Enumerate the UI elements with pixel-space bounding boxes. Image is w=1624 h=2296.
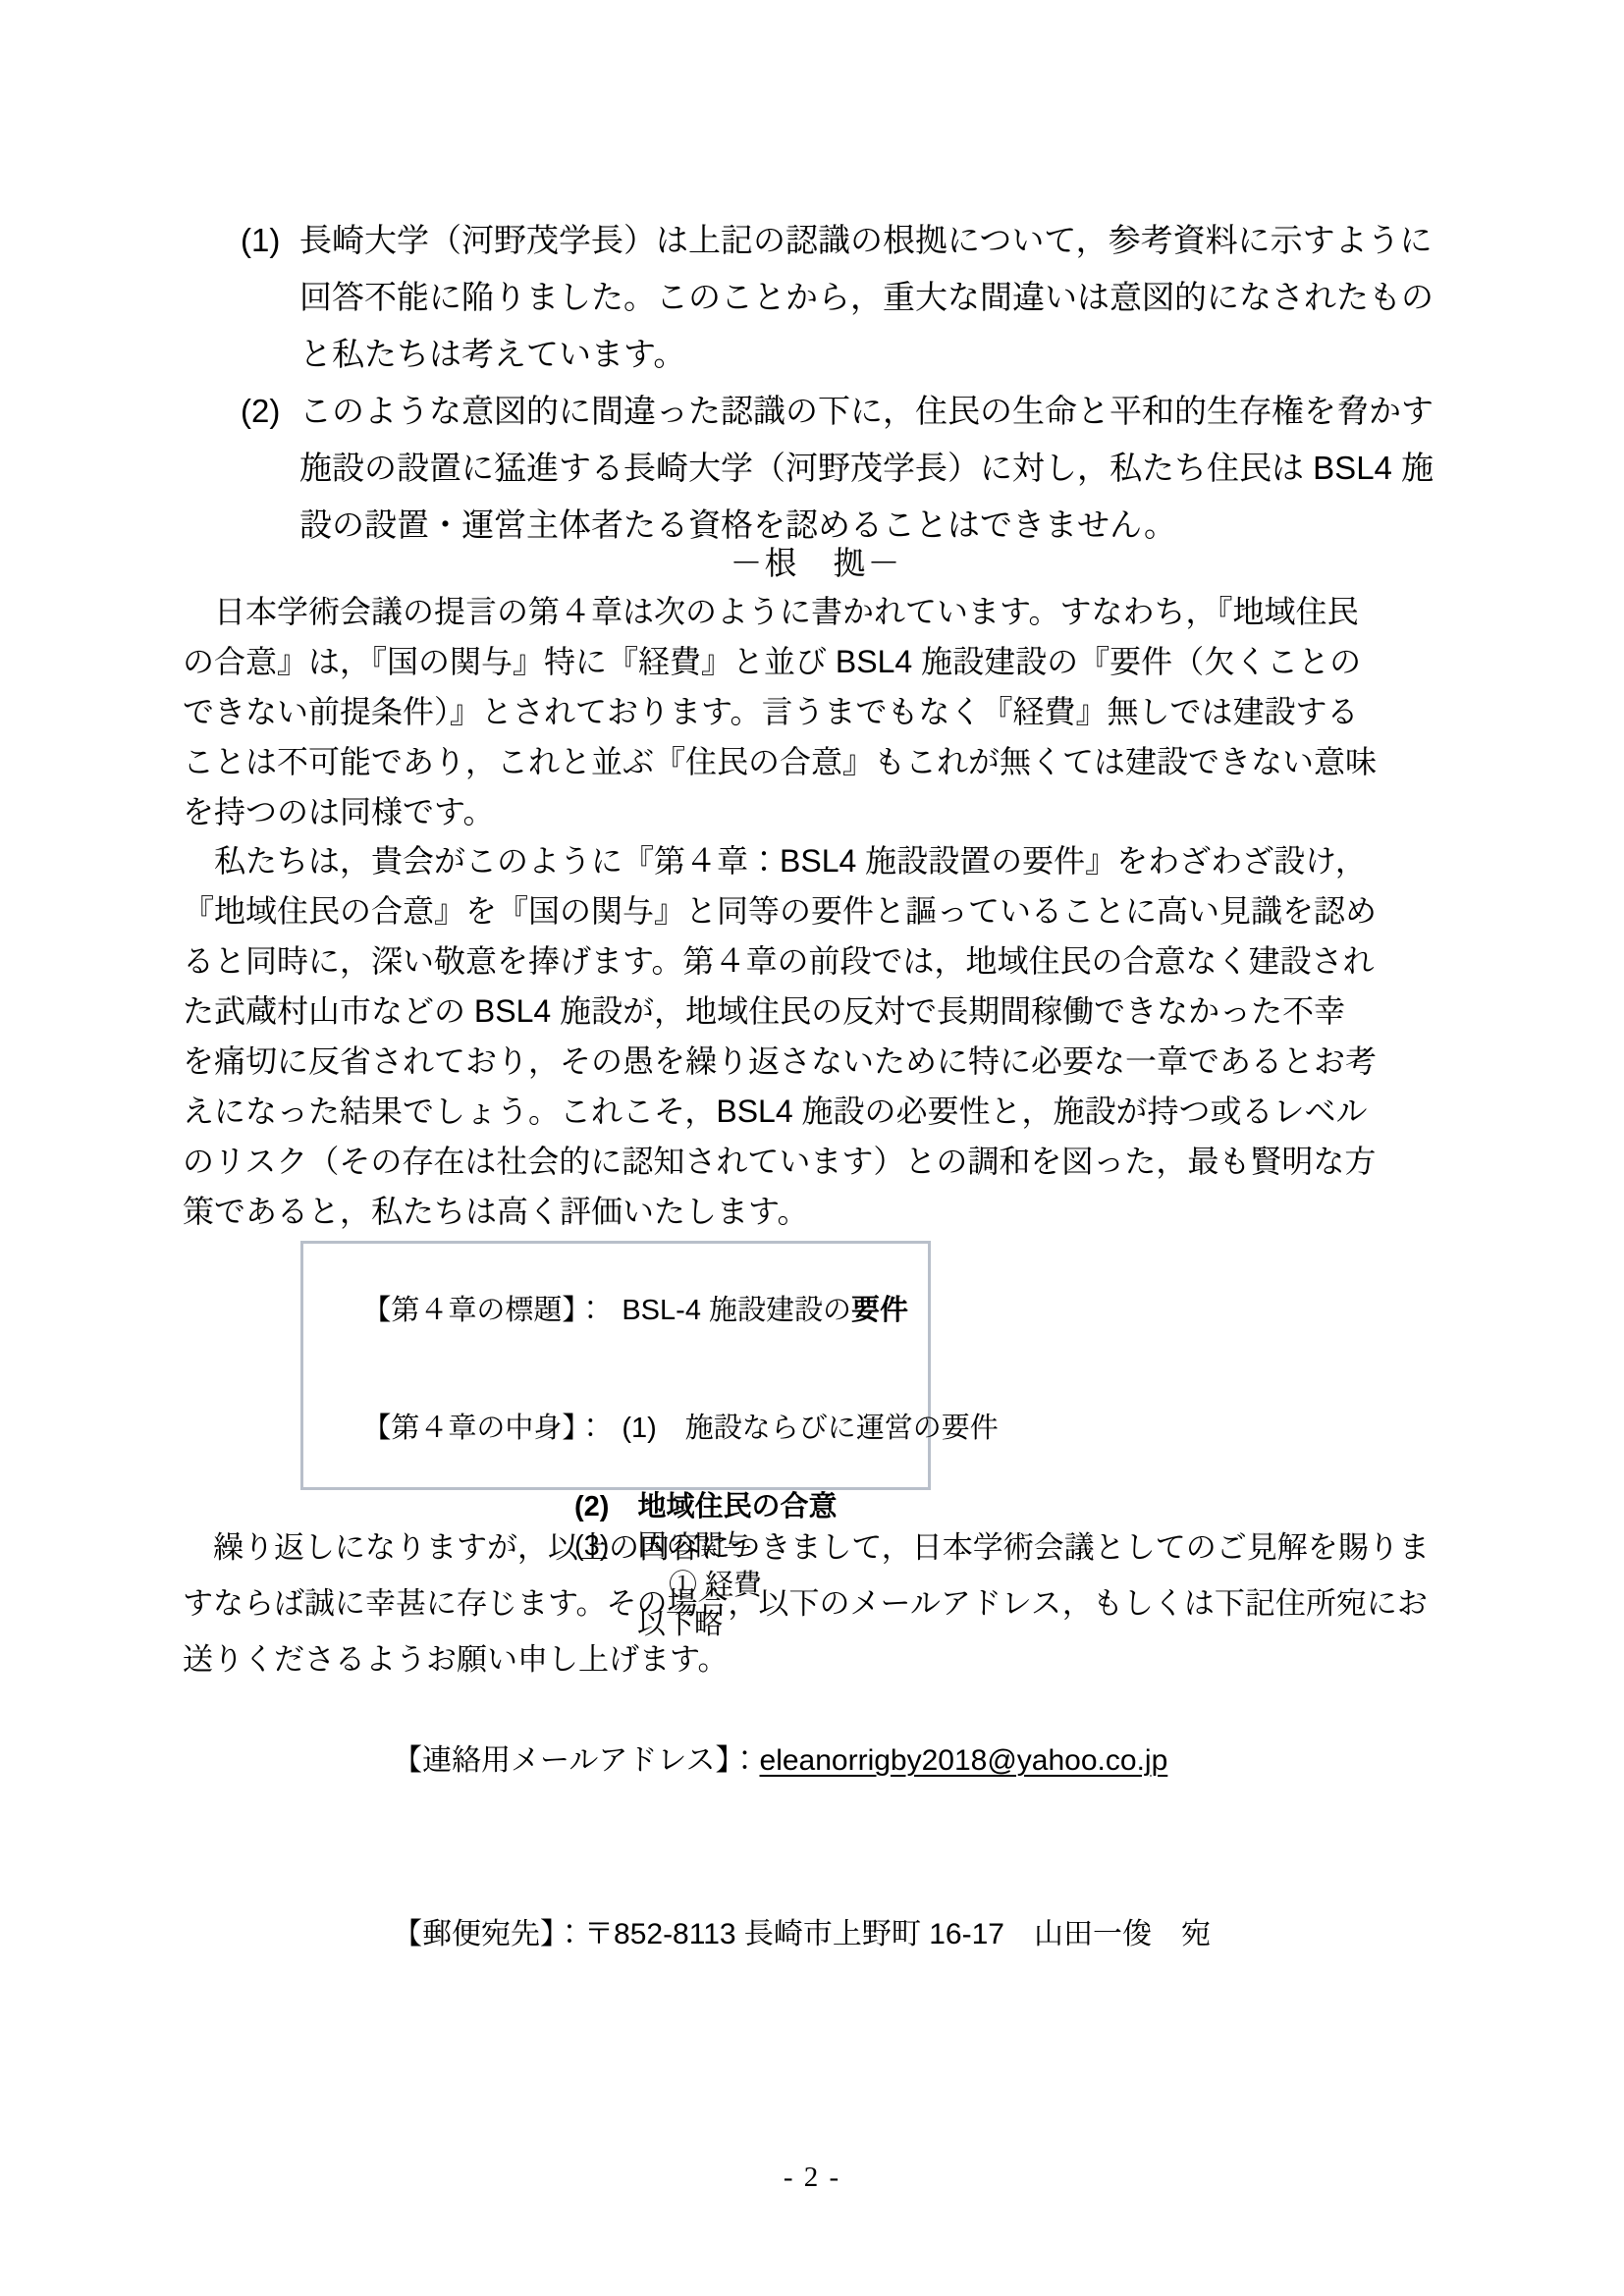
list-item-2-body: このような意図的に間違った認識の下に，住民の生命と平和的生存権を脅かす 施設の設… — [299, 383, 1434, 554]
text-line: 施設の設置に猛進する長崎大学（河野茂学長）に対し，私たち住民は BSL4 施 — [299, 440, 1434, 497]
numbered-list: (1) 長崎大学（河野茂学長）は上記の認識の根拠について，参考資料に示すように … — [241, 212, 1434, 554]
text-line: ると同時に，深い敬意を捧げます。第４章の前段では，地域住民の合意なく建設され — [183, 936, 1377, 987]
paragraph-basis-2: 私たちは，貴会がこのように『第４章：BSL4 施設設置の要件』をわざわざ設け， … — [183, 836, 1377, 1237]
text-line: すならば誠に幸甚に存じます。その場合，以下のメールアドレス，もしくは下記住所宛に… — [183, 1575, 1430, 1631]
text-line: ことは不可能であり，これと並ぶ『住民の合意』もこれが無くては建設できない意味 — [183, 737, 1377, 787]
contact-info: 【連絡用メールアドレス】：eleanorrigby2018@yahoo.co.j… — [344, 1674, 1211, 2021]
text-line: 長崎大学（河野茂学長）は上記の認識の根拠について，参考資料に示すように — [299, 212, 1434, 269]
text-line: 策であると，私たちは高く評価いたします。 — [183, 1187, 1377, 1237]
email-link[interactable]: eleanorrigby2018@yahoo.co.jp — [760, 1744, 1168, 1777]
contact-email-row: 【連絡用メールアドレス】：eleanorrigby2018@yahoo.co.j… — [344, 1674, 1211, 1847]
section-heading-basis: －根 拠－ — [183, 542, 1449, 585]
contact-postal-row: 【郵便宛先】：〒852-8113 長崎市上野町 16-17 山田一俊 宛 — [344, 1847, 1211, 2021]
contact-postal-value: 〒852-8113 長崎市上野町 16-17 山田一俊 宛 — [584, 1918, 1211, 1950]
closing-paragraph: 繰り返しになりますが，以上の内容につきまして，日本学術会議としてのご見解を賜りま… — [183, 1520, 1430, 1687]
document-page: (1) 長崎大学（河野茂学長）は上記の認識の根拠について，参考資料に示すように … — [0, 0, 1624, 2296]
box-item-1: (1) 施設ならびに運営の要件 — [622, 1413, 998, 1444]
paragraph-basis-1: 日本学術会議の提言の第４章は次のように書かれています。すなわち，『地域住民 の合… — [183, 587, 1377, 837]
text-line: できない前提条件）』とされております。言うまでもなく『経費』無しでは建設する — [183, 687, 1377, 737]
text-line: 繰り返しになりますが，以上の内容につきまして，日本学術会議としてのご見解を賜りま — [183, 1520, 1430, 1575]
list-item-2-number: (2) — [241, 383, 299, 440]
text-line: 『地域住民の合意』を『国の関与』と同等の要件と謳っていることに高い見識を認め — [183, 886, 1377, 936]
list-item-2: (2) このような意図的に間違った認識の下に，住民の生命と平和的生存権を脅かす … — [241, 383, 1434, 554]
text-line: えになった結果でしょう。これこそ，BSL4 施設の必要性と，施設が持つ或るレベル — [183, 1087, 1377, 1137]
text-line: 日本学術会議の提言の第４章は次のように書かれています。すなわち，『地域住民 — [183, 587, 1377, 637]
box-title-label: 【第４章の標題】： — [362, 1291, 622, 1330]
text-line: このような意図的に間違った認識の下に，住民の生命と平和的生存権を脅かす — [299, 383, 1434, 440]
box-title-row: 【第４章の標題】：BSL-4 施設建設の要件 — [315, 1252, 928, 1369]
text-line: を痛切に反省されており，その愚を繰り返さないために特に必要な一章であるとお考 — [183, 1037, 1377, 1087]
text-line: のリスク（その存在は社会的に認知されています）との調和を図った，最も賢明な方 — [183, 1137, 1377, 1187]
list-item-1-number: (1) — [241, 212, 299, 269]
text-line: と私たちは考えています。 — [299, 326, 1434, 383]
box-contents-label: 【第４章の中身】： — [362, 1409, 622, 1448]
text-line: の合意』は，『国の関与』特に『経費』と並び BSL4 施設建設の『要件（欠くこと… — [183, 637, 1377, 687]
box-title-text: BSL-4 施設建設の — [622, 1295, 851, 1326]
box-contents-row: 【第４章の中身】：(1) 施設ならびに運営の要件 — [315, 1369, 928, 1487]
text-line: を持つのは同様です。 — [183, 787, 1377, 837]
list-item-1: (1) 長崎大学（河野茂学長）は上記の認識の根拠について，参考資料に示すように … — [241, 212, 1434, 383]
text-line: 私たちは，貴会がこのように『第４章：BSL4 施設設置の要件』をわざわざ設け， — [183, 836, 1377, 886]
text-line: た武蔵村山市などの BSL4 施設が，地域住民の反対で長期間稼働できなかった不幸 — [183, 987, 1377, 1037]
page-number: - 2 - — [0, 2162, 1624, 2194]
box-title-bold: 要件 — [851, 1295, 908, 1326]
contact-postal-label: 【郵便宛先】： — [393, 1918, 584, 1950]
chapter4-summary-box: 【第４章の標題】：BSL-4 施設建設の要件 【第４章の中身】：(1) 施設なら… — [300, 1241, 931, 1490]
list-item-1-body: 長崎大学（河野茂学長）は上記の認識の根拠について，参考資料に示すように 回答不能… — [299, 212, 1434, 383]
contact-email-label: 【連絡用メールアドレス】： — [393, 1744, 760, 1777]
text-line: 回答不能に陥りました。このことから，重大な間違いは意図的になされたもの — [299, 269, 1434, 326]
